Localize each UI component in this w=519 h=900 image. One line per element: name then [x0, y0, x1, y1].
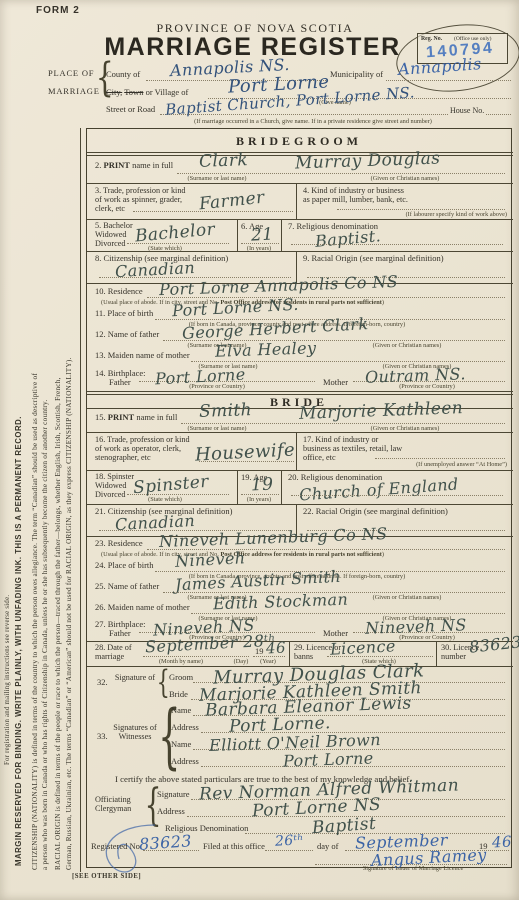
filed-label: Filed at this office: [203, 841, 265, 851]
bride-name-line: [181, 423, 505, 424]
town-label-struck: Town: [124, 87, 143, 97]
rule: [281, 470, 282, 504]
surname-note: (Surname or last name): [142, 425, 292, 432]
bride-given-names: Marjorie Kathleen: [299, 398, 464, 424]
at-home-note: (If unemployed answer “At Home”): [327, 461, 507, 468]
filed-year: 46: [492, 832, 513, 851]
clergy-address-label: Address: [157, 806, 185, 816]
rule: [87, 432, 513, 433]
field4-label: 4. Kind of industry or business as paper…: [303, 186, 411, 204]
licence-line: [327, 656, 433, 657]
province-note: (Province or Country): [147, 383, 287, 390]
field22-label: 22. Racial Origin (see marginal definiti…: [303, 506, 448, 516]
given-note: (Given or Christian names): [325, 175, 485, 182]
bride-trade-line: [199, 461, 294, 462]
registered-line: [143, 850, 199, 851]
given-note: (Given or Christian names): [327, 594, 487, 601]
rule: [436, 641, 437, 666]
province-note: (Province or Country): [349, 383, 505, 390]
field9-label: 9. Racial Origin (see marginal definitio…: [303, 253, 444, 263]
groom-surname: Clark: [199, 150, 249, 172]
rule: [87, 504, 513, 505]
year-note: (Year): [249, 658, 287, 665]
father-label: Father: [109, 628, 131, 638]
industry-line: [337, 209, 505, 210]
place-heading-2: MARRIAGE: [48, 86, 100, 96]
labourer-note: (If labourer specify kind of work above): [331, 211, 507, 218]
name-line: [177, 173, 505, 174]
village-label: or Village of: [146, 87, 189, 97]
bride-denomination-line: [291, 495, 503, 496]
state-which-note: (State which): [105, 496, 225, 503]
date-line: [143, 656, 249, 657]
given-note: (Given or Christian names): [327, 342, 487, 349]
county-label: County of: [106, 69, 140, 79]
field15-no: 15.: [95, 412, 106, 422]
field24-label: 24. Place of birth: [95, 560, 154, 570]
groom-given-names: Murray Douglas: [295, 148, 441, 173]
field13-label: 13. Maiden name of mother: [95, 350, 190, 360]
groom-sig-label: Groom: [169, 672, 193, 682]
bride-surname: Smith: [199, 400, 253, 422]
field23-label: 23. Residence: [95, 538, 143, 548]
house-no-label: House No.: [450, 106, 484, 116]
licence-number: 83623: [468, 632, 519, 656]
field15-rest: name in full: [136, 412, 177, 422]
house-no-line: [486, 114, 511, 115]
bride-age-line: [241, 494, 279, 495]
place-heading-1: PLACE OF: [48, 68, 94, 78]
signature-brace: {: [157, 666, 170, 698]
clergyman-label: Officiating Clergyman: [95, 795, 145, 813]
bride-status-line: [127, 494, 229, 495]
status-line: [127, 243, 229, 244]
filed-day: 26ᵗʰ: [275, 832, 305, 849]
age-line: [241, 243, 279, 244]
street-note: (If marriage occurred in a Church, give …: [115, 118, 511, 125]
rule: [87, 219, 513, 220]
residence-note-c: ): [382, 551, 384, 558]
year-line: [253, 656, 285, 657]
residence-note-c: ): [382, 299, 384, 306]
field33-no: 33.: [97, 731, 108, 741]
marriage-year: 46: [266, 638, 287, 657]
mother-label: Mother: [323, 628, 348, 638]
rule: [281, 219, 282, 251]
field2-print: PRINT: [104, 160, 130, 170]
margin-note-citizenship-1: CITIZENSHIP (NATIONALITY) is defined in …: [31, 373, 39, 870]
field25-label: 25. Name of father: [95, 581, 159, 591]
day-of-label: day of: [317, 841, 338, 851]
city-label-struck: City,: [106, 87, 122, 97]
rule: [296, 183, 297, 219]
binding-rule: [80, 128, 81, 872]
witness1-address-label: Address: [171, 722, 199, 732]
residence-line: [147, 297, 505, 298]
field10-label: 10. Residence: [95, 286, 143, 296]
in-years-note: (In years): [235, 496, 283, 503]
margin-note-citizenship-2: a person who was born in Canada or who h…: [41, 400, 49, 870]
registered-label: Registered No.: [91, 841, 142, 851]
mother-line: [191, 361, 505, 362]
form-number: FORM 2: [36, 5, 80, 16]
bride-birthplace: Nineveh: [175, 548, 246, 571]
bride-mother-name: Edith Stockman: [213, 590, 349, 614]
rule: [87, 470, 513, 471]
municipality-line: [386, 80, 511, 81]
rule: [289, 641, 290, 666]
bride-age: 19: [251, 475, 274, 496]
filed-day-line: [265, 850, 313, 851]
bride-industry-line: [375, 458, 505, 459]
see-other-side: [SEE OTHER SIDE]: [72, 873, 141, 880]
issuer-label: Signature of Issuer of Marriage Licence: [323, 865, 503, 872]
field16-label: 16. Trade, profession or kind of work as…: [95, 435, 195, 462]
denomination-line: [291, 244, 503, 245]
field15-print: PRINT: [108, 412, 134, 422]
margin-note-racial-1: RACIAL ORIGIN is defined in terms of the…: [54, 377, 62, 870]
surname-note: (Surname or last name): [142, 175, 292, 182]
witness2-name-label: Name: [171, 739, 191, 749]
field33-label: Signatures of Witnesses: [111, 723, 159, 741]
margin-note-binding: MARGIN RESERVED FOR BINDING. WRITE PLAIN…: [14, 416, 23, 866]
year-prefix: 19: [255, 646, 264, 656]
bridegroom-header: BRIDEGROOM: [87, 134, 511, 149]
form-box: BRIDEGROOM 2. PRINT name in full Clark M…: [86, 128, 512, 868]
given-note: (Given or Christian names): [325, 425, 485, 432]
field26-label: 26. Maiden name of mother: [95, 602, 190, 612]
field2-no: 2.: [95, 160, 101, 170]
rule: [87, 251, 513, 252]
clergy-signature-label: Signature: [157, 789, 190, 799]
witness2-address-label: Address: [171, 756, 199, 766]
marriage-register-document: For registration and mailing instruction…: [0, 0, 519, 900]
rule: [296, 432, 297, 470]
witness2-address: Port Lorne: [283, 748, 374, 770]
margin-note-mailing: For registration and mailing instruction…: [4, 595, 11, 765]
witness1-name-label: Name: [171, 705, 191, 715]
field12-label: 12. Name of father: [95, 329, 159, 339]
margin-note-racial-2: German, Russian, Ukrainian, etc. The ter…: [65, 357, 73, 870]
rule: [87, 391, 513, 392]
bride-mother-line: [191, 613, 505, 614]
mother-label: Mother: [323, 377, 348, 387]
field2-rest: name in full: [132, 160, 173, 170]
rule: [87, 183, 513, 184]
municipality-label: Municipality of: [330, 69, 383, 79]
father-label: Father: [109, 377, 131, 387]
groom-mother-name: Elva Healey: [215, 338, 317, 361]
street-label: Street or Road: [106, 104, 155, 114]
field32-no: 32.: [97, 677, 108, 687]
reg-no-label: Reg. No.: [421, 36, 442, 42]
field11-label: 11. Place of birth: [95, 308, 153, 318]
field32-label: Signature of: [113, 673, 157, 682]
month-note: (Month by name): [137, 658, 225, 665]
field3-label: 3. Trade, profession or kind of work as …: [95, 186, 187, 213]
